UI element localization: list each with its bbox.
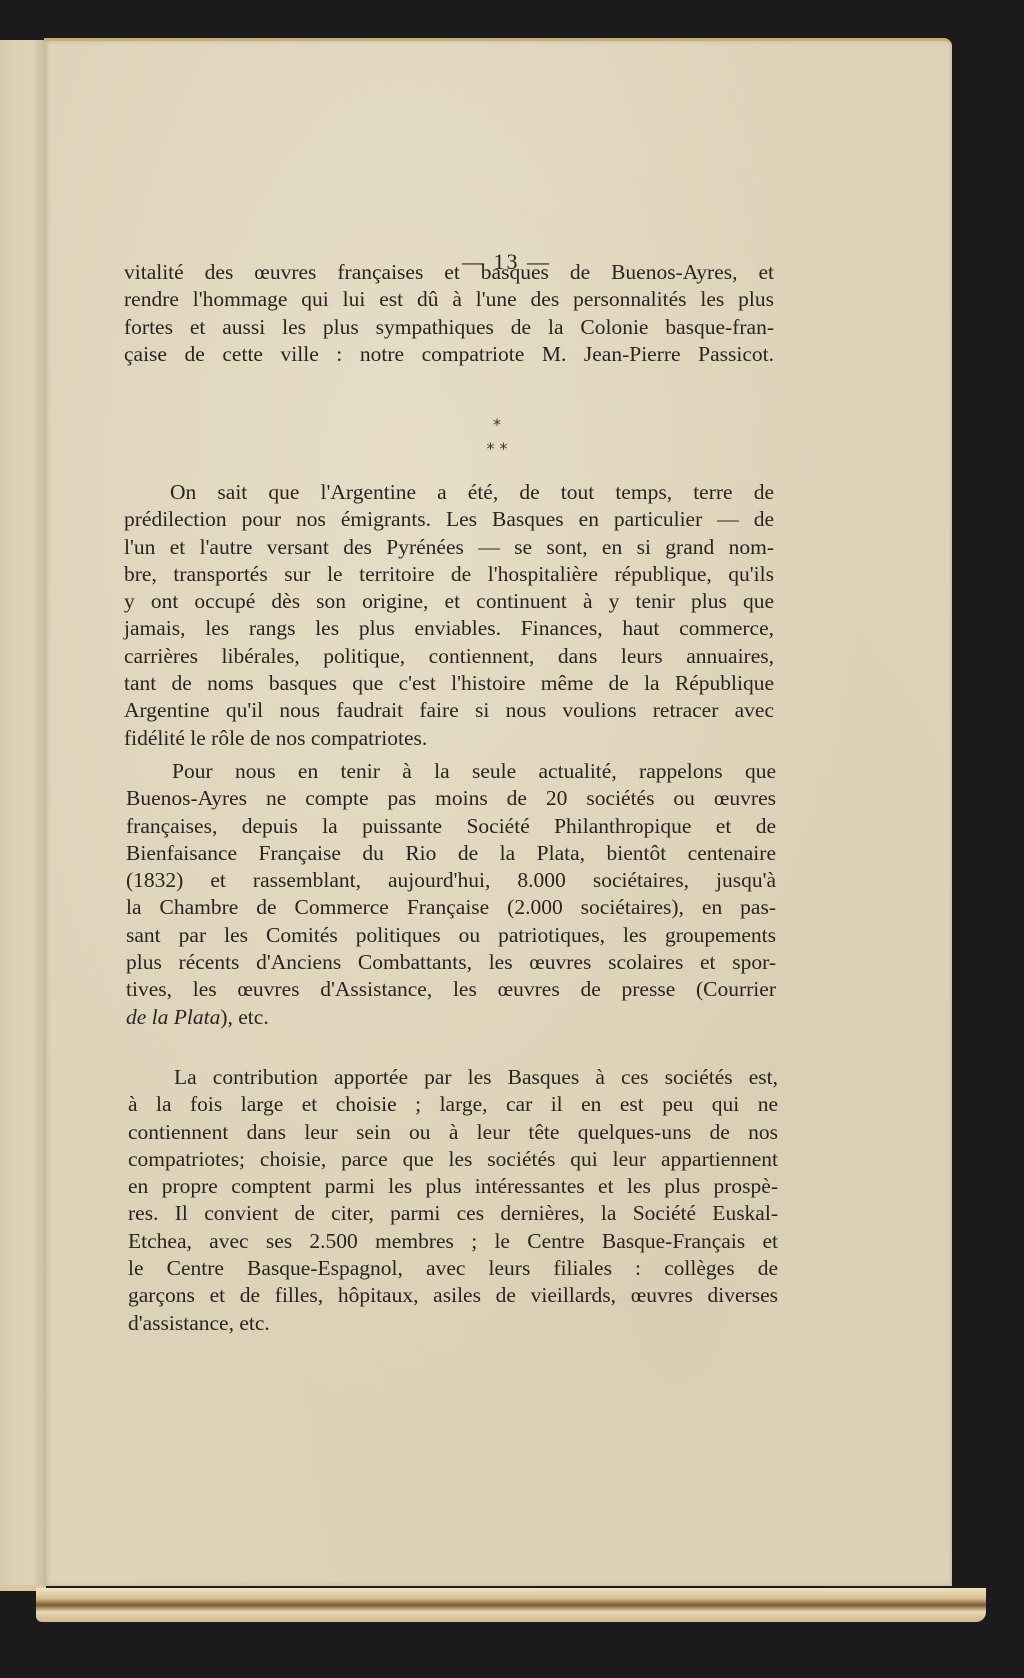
- text-line: prédilection pour nos émigrants. Les Bas…: [124, 506, 774, 533]
- text-line: fortes et aussi les plus sympathiques de…: [124, 314, 774, 341]
- text-line: Buenos-Ayres ne compte pas moins de 20 s…: [126, 785, 776, 812]
- text-line: la Chambre de Commerce Française (2.000 …: [126, 894, 776, 921]
- text-line-final: de la Plata), etc.: [126, 1004, 776, 1031]
- text-line: bre, transportés sur le territoire de l'…: [124, 561, 774, 588]
- text-line: Bienfaisance Française du Rio de la Plat…: [126, 840, 776, 867]
- text-line: plus récents d'Anciens Combattants, les …: [126, 949, 776, 976]
- text-line: y ont occupé dès son origine, et continu…: [124, 588, 774, 615]
- text-line: Pour nous en tenir à la seule actualité,…: [126, 758, 776, 785]
- facing-page-edge: [0, 40, 46, 1591]
- paragraph-3: Pour nous en tenir à la seule actualité,…: [126, 758, 776, 1031]
- paragraph-1: vitalité des œuvres françaises et basque…: [124, 259, 774, 368]
- text-line: sant par les Comités politiques ou patri…: [126, 922, 776, 949]
- book-page: — 13 — vitalité des œuvres françaises et…: [44, 38, 952, 1586]
- text-line: le Centre Basque-Espagnol, avec leurs fi…: [128, 1255, 778, 1282]
- text-line: (1832) et rassemblant, aujourd'hui, 8.00…: [126, 867, 776, 894]
- text-line: vitalité des œuvres françaises et basque…: [124, 259, 774, 286]
- paragraph-4: La contribution apportée par les Basques…: [128, 1064, 778, 1337]
- text-line: à la fois large et choisie ; large, car …: [128, 1091, 778, 1118]
- text-line: jamais, les rangs les plus enviables. Fi…: [124, 615, 774, 642]
- text-line: rendre l'hommage qui lui est dû à l'une …: [124, 286, 774, 313]
- text-line: garçons et de filles, hôpitaux, asiles d…: [128, 1282, 778, 1309]
- text-line: carrières libérales, politique, contienn…: [124, 643, 774, 670]
- text-line: compatriotes; choisie, parce que les soc…: [128, 1146, 778, 1173]
- text-line: contiennent dans leur sein ou à leur têt…: [128, 1119, 778, 1146]
- text-line: en propre comptent parmi les plus intére…: [128, 1173, 778, 1200]
- text-line: çaise de cette ville : notre compatriote…: [124, 341, 774, 368]
- text-line: d'assistance, etc.: [128, 1310, 778, 1337]
- text-line: fidélité le rôle de nos compatriotes.: [124, 725, 774, 752]
- text-line: françaises, depuis la puissante Société …: [126, 813, 776, 840]
- page-stack-edge: [36, 1588, 986, 1622]
- text-fragment: ), etc.: [220, 1005, 268, 1029]
- text-line: Etchea, avec ses 2.500 membres ; le Cent…: [128, 1228, 778, 1255]
- asterism-top: *: [44, 415, 950, 434]
- text-line: tives, les œuvres d'Assistance, les œuvr…: [126, 976, 776, 1003]
- paragraph-2: On sait que l'Argentine a été, de tout t…: [124, 479, 774, 752]
- text-line: res. Il convient de citer, parmi ces der…: [128, 1200, 778, 1227]
- italic-title: de la Plata: [126, 1005, 220, 1029]
- text-line: La contribution apportée par les Basques…: [128, 1064, 778, 1091]
- text-line: Argentine qu'il nous faudrait faire si n…: [124, 697, 774, 724]
- text-line: tant de noms basques que c'est l'histoir…: [124, 670, 774, 697]
- text-line: On sait que l'Argentine a été, de tout t…: [124, 479, 774, 506]
- text-line: l'un et l'autre versant des Pyrénées — s…: [124, 534, 774, 561]
- asterism-bottom: * *: [44, 439, 950, 458]
